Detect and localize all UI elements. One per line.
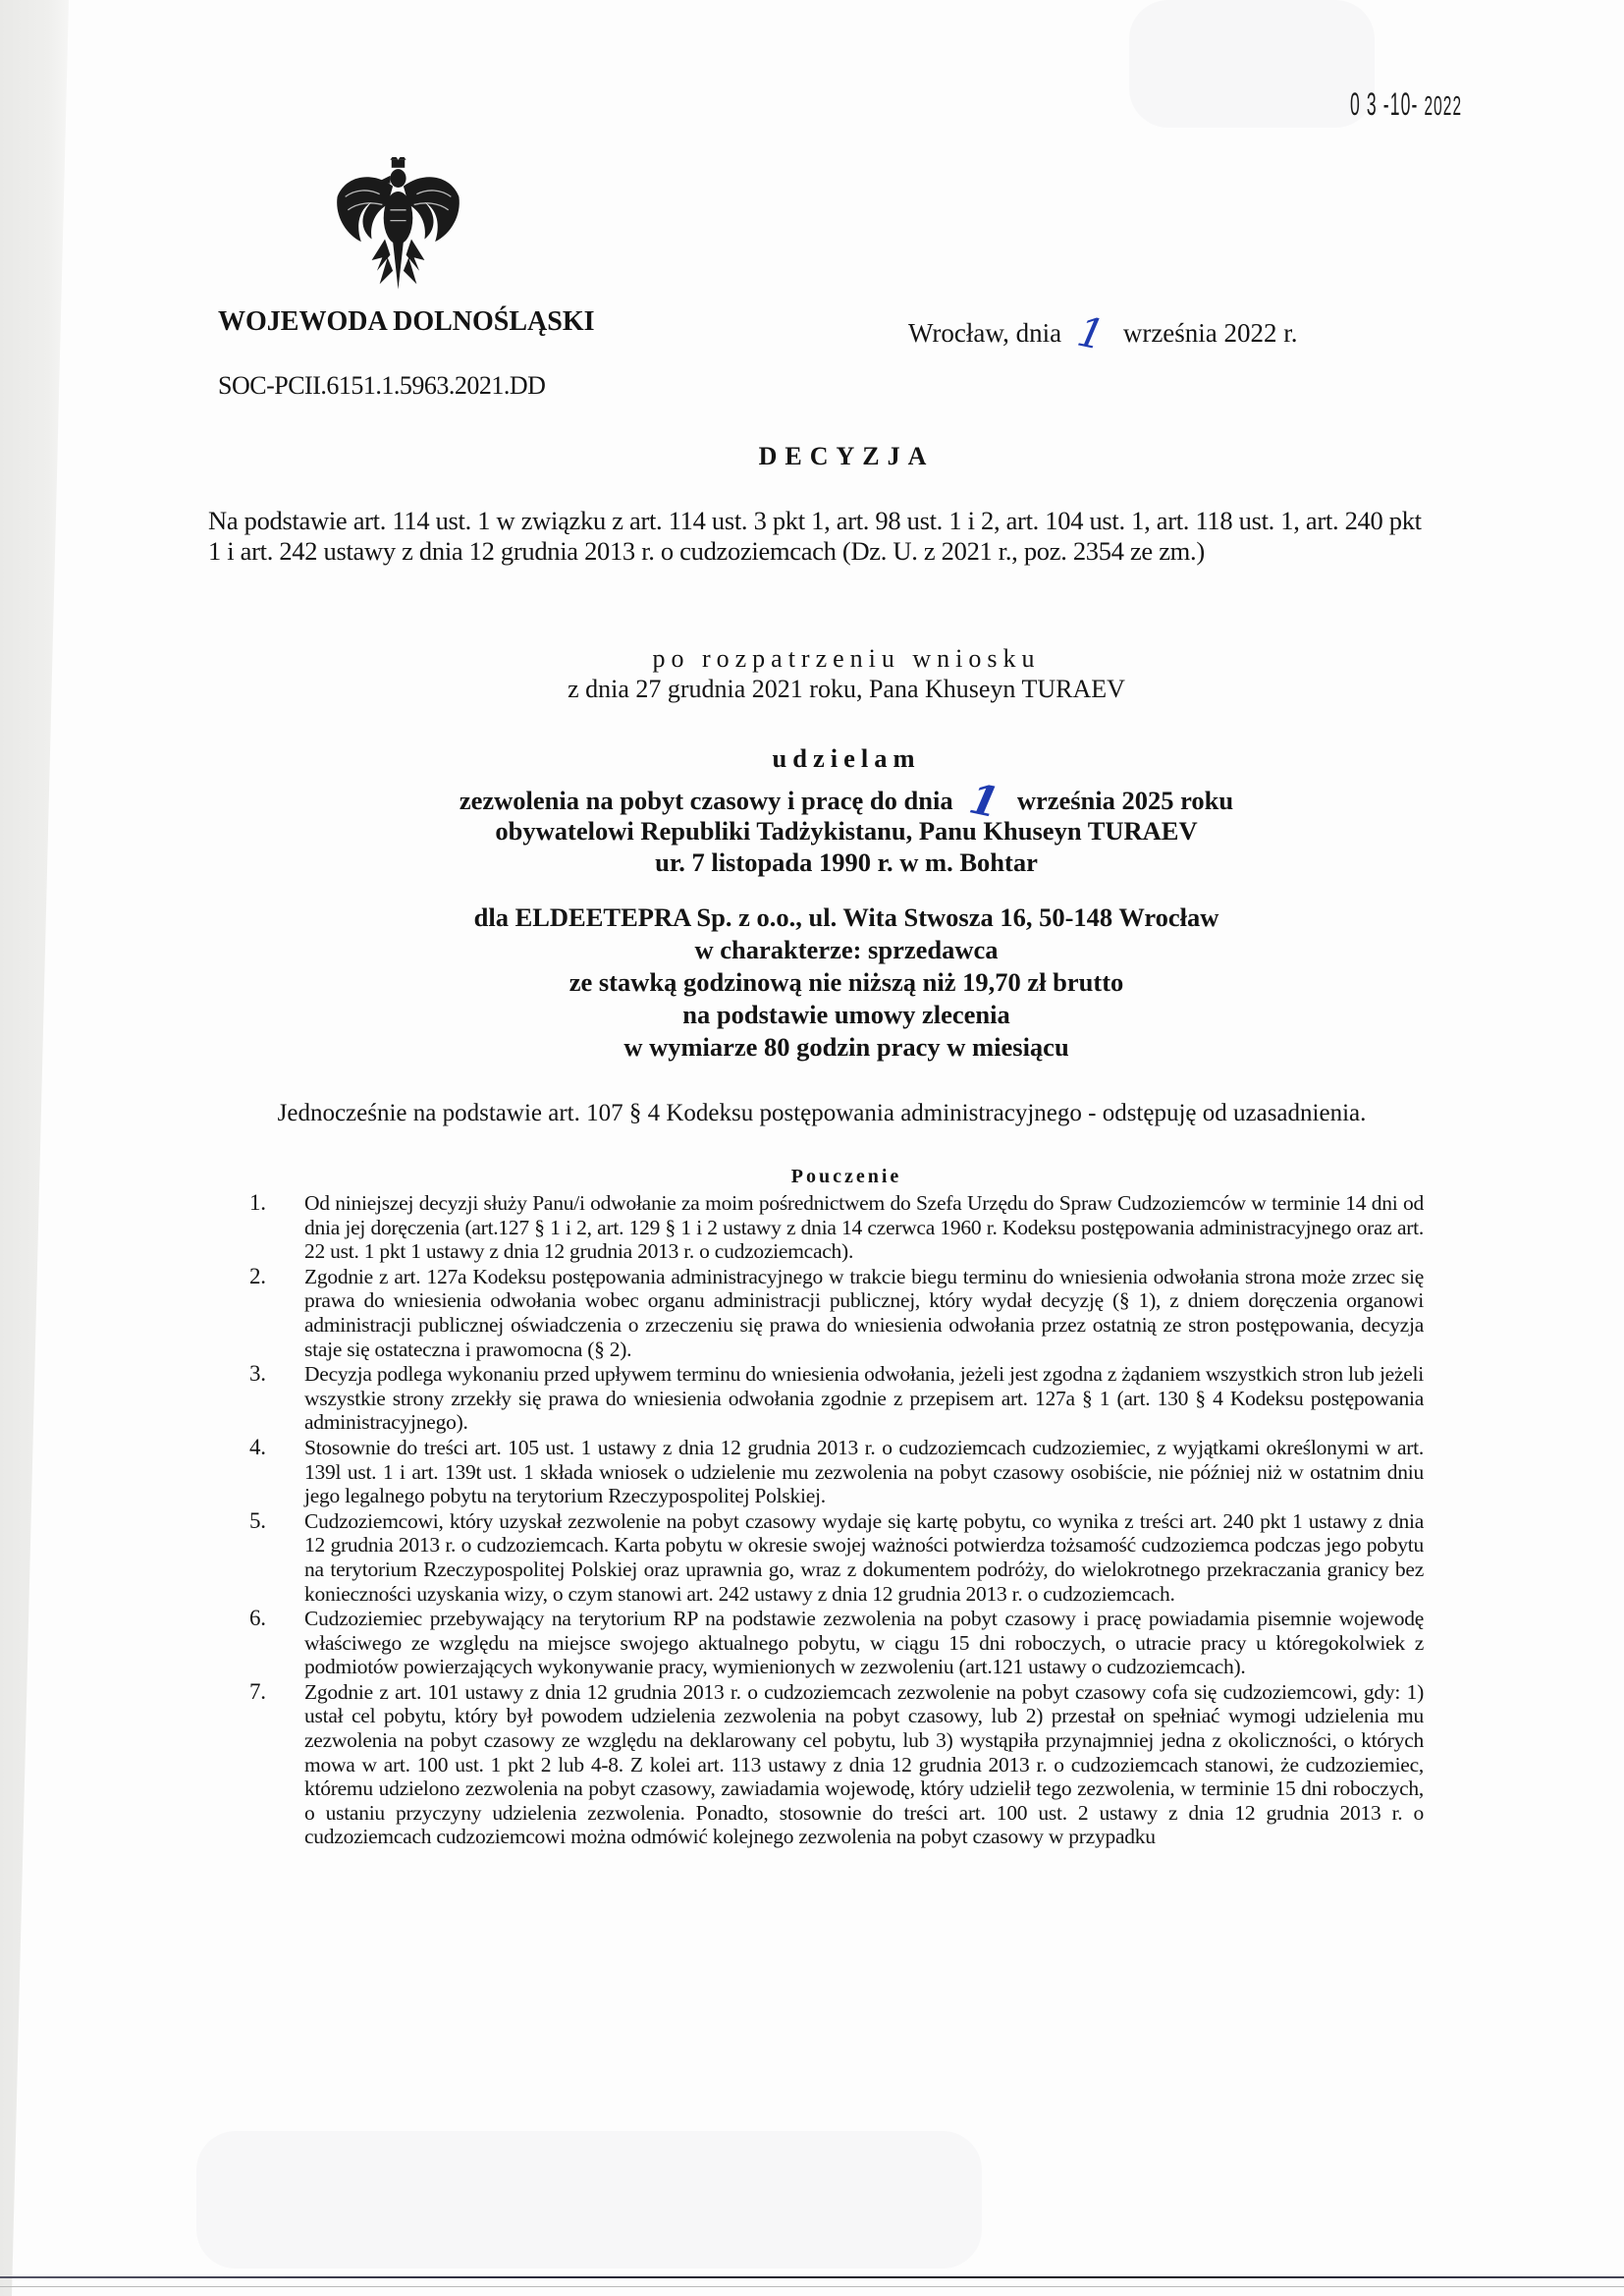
instruction-item: 2.Zgodnie z art. 127a Kodeksu postępowan…: [245, 1265, 1424, 1361]
application-line: z dnia 27 grudnia 2021 roku, Pana Khusey…: [69, 674, 1624, 704]
bleed-through-shadow: [1129, 0, 1375, 128]
item-text: Zgodnie z art. 101 ustawy z dnia 12 grud…: [304, 1680, 1424, 1849]
document-title: DECYZJA: [0, 442, 1624, 471]
citizen-line: obywatelowi Republiki Tadżykistanu, Panu…: [69, 816, 1624, 847]
scan-edge-line: [0, 2276, 1624, 2278]
instruction-item: 3.Decyzja podlega wykonaniu przed upływe…: [245, 1362, 1424, 1435]
employment-block: dla ELDEETEPRA Sp. z o.o., ul. Wita Stwo…: [0, 902, 1624, 1064]
hours-line: w wymiarze 80 godzin pracy w miesiącu: [69, 1031, 1624, 1064]
item-text: Decyzja podlega wykonaniu przed upływem …: [304, 1362, 1424, 1434]
justification-waiver: Jednocześnie na podstawie art. 107 § 4 K…: [208, 1100, 1435, 1127]
reference-number: SOC-PCII.6151.1.5963.2021.DD: [218, 371, 545, 401]
position-line: w charakterze: sprzedawca: [69, 934, 1624, 966]
instruction-item: 7.Zgodnie z art. 101 ustawy z dnia 12 gr…: [245, 1680, 1424, 1849]
item-number: 7.: [249, 1680, 266, 1705]
employer-line: dla ELDEETEPRA Sp. z o.o., ul. Wita Stwo…: [69, 902, 1624, 934]
legal-basis-paragraph: Na podstawie art. 114 ust. 1 w związku z…: [208, 506, 1426, 567]
instructions-title: Pouczenie: [0, 1166, 1624, 1188]
issue-date: Wrocław, dnia1września 2022 r.: [908, 307, 1298, 349]
stamp-month: -10-: [1383, 86, 1419, 122]
issuer-title: WOJEWODA DOLNOŚLĄSKI: [218, 306, 595, 338]
polish-eagle-emblem-icon: [332, 157, 464, 295]
item-number: 4.: [249, 1436, 266, 1460]
date-prefix: Wrocław, dnia: [908, 318, 1061, 348]
considering-line: po rozpatrzeniu wniosku: [69, 643, 1624, 674]
instruction-item: 1.Od niniejszej decyzji służy Panu/i odw…: [245, 1191, 1424, 1264]
instruction-item: 5.Cudzoziemcowi, który uzyskał zezwoleni…: [245, 1509, 1424, 1606]
grant-verb: udzielam: [69, 743, 1624, 775]
scan-edge-line: [0, 2286, 1624, 2287]
instruction-item: 4.Stosownie do treści art. 105 ust. 1 us…: [245, 1436, 1424, 1508]
permit-prefix: zezwolenia na pobyt czasowy i pracę do d…: [460, 786, 953, 815]
item-text: Cudzoziemiec przebywający na terytorium …: [304, 1607, 1424, 1678]
stamp-day: 0 3: [1350, 86, 1378, 122]
item-number: 2.: [249, 1265, 266, 1289]
item-text: Cudzoziemcowi, który uzyskał zezwolenie …: [304, 1509, 1424, 1606]
permit-suffix: września 2025 roku: [1017, 786, 1233, 815]
permit-line: zezwolenia na pobyt czasowy i pracę do d…: [69, 775, 1624, 817]
handwritten-day: 1: [1074, 311, 1109, 357]
item-number: 3.: [249, 1362, 266, 1387]
rate-line: ze stawką godzinową nie niższą niż 19,70…: [69, 966, 1624, 999]
birth-line: ur. 7 listopada 1990 r. w m. Bohtar: [69, 847, 1624, 879]
instruction-item: 6.Cudzoziemiec przebywający na terytoriu…: [245, 1607, 1424, 1679]
contract-line: na podstawie umowy zlecenia: [69, 999, 1624, 1031]
received-date-stamp: 0 3 -10- 2022: [1350, 86, 1462, 123]
item-text: Od niniejszej decyzji służy Panu/i odwoł…: [304, 1191, 1424, 1263]
item-number: 1.: [249, 1191, 266, 1216]
scan-fold-strip: [0, 0, 69, 2296]
item-text: Stosownie do treści art. 105 ust. 1 usta…: [304, 1436, 1424, 1507]
instructions-list: 1.Od niniejszej decyzji służy Panu/i odw…: [245, 1191, 1424, 1850]
bleed-through-shadow: [196, 2131, 982, 2269]
grant-block: udzielam zezwolenia na pobyt czasowy i p…: [0, 743, 1624, 878]
stamp-year: 2022: [1424, 90, 1462, 121]
considering-block: po rozpatrzeniu wniosku z dnia 27 grudni…: [0, 643, 1624, 704]
item-text: Zgodnie z art. 127a Kodeksu postępowania…: [304, 1265, 1424, 1361]
date-suffix: września 2022 r.: [1123, 318, 1298, 348]
item-number: 6.: [249, 1607, 266, 1631]
item-number: 5.: [249, 1509, 266, 1534]
